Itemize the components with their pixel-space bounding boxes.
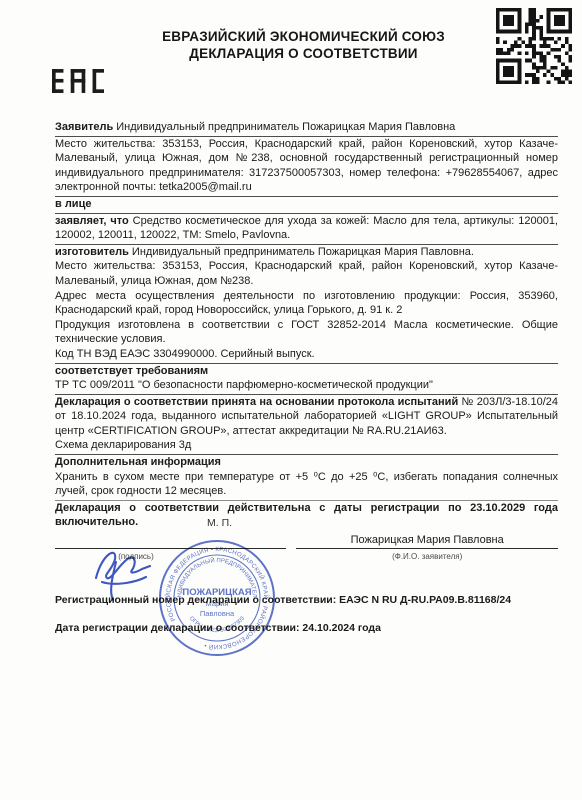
signature-caption: (подпись) [55,549,217,565]
signature-line [55,534,286,549]
basis-paragraph: Декларация о соответствии принята на осн… [55,395,558,439]
applicant-fio: Пожарицкая Мария Павловна [296,534,558,549]
registration-date-label: Дата регистрации декларации о соответств… [55,622,302,634]
signature-right-column: Пожарицкая Мария Павловна (Ф.И.О. заявит… [296,534,558,572]
manufacturer-residence: Место жительства: 353153, Россия, Красно… [55,259,558,288]
gost-note: Продукция изготовлена в соответствии с Г… [55,318,558,347]
applicant-details: Место жительства: 353153, Россия, Красно… [55,137,558,197]
manufacturer-value: Индивидуальный предприниматель Пожарицка… [132,246,474,258]
tr-ts-line: ТР ТС 009/2011 "О безопасности парфюмерн… [55,378,558,395]
seal-place-label: М. П. [207,516,232,531]
applicant-line: Заявитель Индивидуальный предприниматель… [55,120,558,137]
signature-left-column: (подпись) М. П. [55,534,286,572]
title-line-declaration: ДЕКЛАРАЦИЯ О СООТВЕТСТВИИ [120,45,487,62]
complies-heading: соответствует требованиям [55,364,558,379]
storage-line: Хранить в сухом месте при температуре от… [55,470,558,501]
declares-line: заявляет, что Средство косметическое для… [55,214,558,245]
in-person-line: в лице [55,197,558,214]
registration-number-value: ЕАЭС N RU Д-RU.РА09.В.81168/24 [339,594,511,606]
production-address: Адрес места осуществления деятельности п… [55,289,558,318]
document-header: ЕВРАЗИЙСКИЙ ЭКОНОМИЧЕСКИЙ СОЮЗ ДЕКЛАРАЦИ… [0,0,582,118]
validity-line: Декларация о соответствии действительна … [55,501,558,530]
additional-info-heading: Дополнительная информация [55,455,558,470]
qr-code-icon [496,8,572,84]
document-title: ЕВРАЗИЙСКИЙ ЭКОНОМИЧЕСКИЙ СОЮЗ ДЕКЛАРАЦИ… [0,0,582,62]
manufacturer-label: изготовитель [55,246,132,258]
fio-caption: (Ф.И.О. заявителя) [296,549,558,565]
registration-number-line: Регистрационный номер декларации о соотв… [55,593,558,608]
applicant-value: Индивидуальный предприниматель Пожарицка… [116,121,455,133]
tnved-line: Код ТН ВЭД ЕАЭС 3304990000. Серийный вып… [55,347,558,364]
declares-label: заявляет, что [55,215,133,227]
registration-date-value: 24.10.2024 года [302,622,380,634]
registration-date-line: Дата регистрации декларации о соответств… [55,621,558,636]
registration-footer: Регистрационный номер декларации о соотв… [55,593,558,635]
basis-label: Декларация о соответствии принята на осн… [55,396,461,408]
signature-block: (подпись) М. П. Пожарицкая Мария Павловн… [55,534,558,572]
scheme-line: Схема декларирования 3д [55,438,558,455]
eac-mark-icon [52,56,104,106]
applicant-label: Заявитель [55,121,116,133]
manufacturer-line: изготовитель Индивидуальный предпринимат… [55,245,558,260]
registration-number-label: Регистрационный номер декларации о соотв… [55,594,339,606]
title-line-union: ЕВРАЗИЙСКИЙ ЭКОНОМИЧЕСКИЙ СОЮЗ [120,28,487,45]
declaration-document: ЕВРАЗИЙСКИЙ ЭКОНОМИЧЕСКИЙ СОЮЗ ДЕКЛАРАЦИ… [0,0,582,800]
validity-label: Декларация о соответствии действительна … [55,502,470,514]
document-body: Заявитель Индивидуальный предприниматель… [55,120,558,648]
